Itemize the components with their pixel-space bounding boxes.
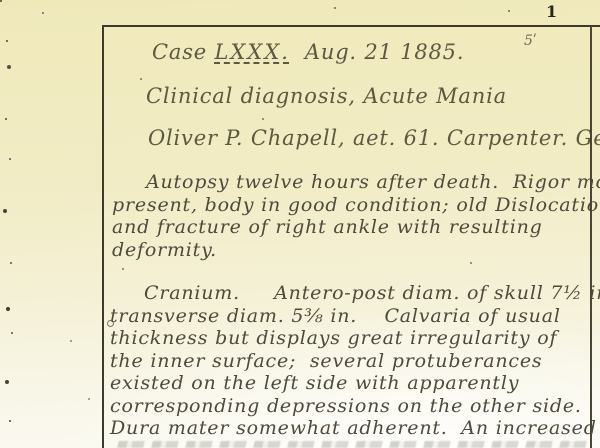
handwritten-line: Cranium. Antero-post diam. of skull 7½ i… [110, 282, 600, 305]
case-word: Case [152, 40, 214, 64]
handwritten-line: transverse diam. 5⅜ in. Calvaria of usua… [110, 305, 600, 328]
handwritten-line: the inner surface; several protuberances [110, 350, 600, 373]
handwritten-line: deformity. [112, 239, 600, 262]
case-number: LXXX. [214, 40, 289, 64]
handwritten-line: present, body in good condition; old Dis… [112, 194, 600, 217]
margin-dot [107, 320, 114, 327]
patient-line: Oliver P. Chapell, aet. 61. Carpenter. G… [148, 126, 600, 150]
cranium-paragraph: Cranium. Antero-post diam. of skull 7½ i… [110, 282, 600, 440]
handwritten-line: and fracture of right ankle with resulti… [112, 216, 600, 239]
page-border-top [102, 25, 600, 27]
autopsy-paragraph: Autopsy twelve hours after death. Rigor … [112, 171, 600, 261]
diagnosis-line: Clinical diagnosis, Acute Mania [146, 84, 507, 108]
handwritten-line: Dura mater somewhat adherent. An increas… [110, 417, 600, 440]
handwritten-line: Autopsy twelve hours after death. Rigor … [112, 171, 600, 194]
case-date: Aug. 21 1885. [290, 40, 464, 64]
faded-next-line [117, 441, 586, 448]
page-border-right [590, 26, 592, 448]
case-heading: Case LXXX. Aug. 21 1885. [152, 40, 464, 64]
handwritten-line: corresponding depressions on the other s… [110, 395, 600, 418]
scanned-page: 1 5ʹ Case LXXX. Aug. 21 1885. Clinical d… [0, 0, 600, 448]
handwritten-line: existed on the left side with apparently [110, 372, 600, 395]
handwritten-line: thickness but displays great irregularit… [110, 327, 600, 350]
page-border-left [102, 25, 104, 448]
scan-artifacts [0, 0, 1, 1]
page-number: 1 [546, 2, 558, 21]
corner-mark: 5ʹ [524, 33, 537, 49]
